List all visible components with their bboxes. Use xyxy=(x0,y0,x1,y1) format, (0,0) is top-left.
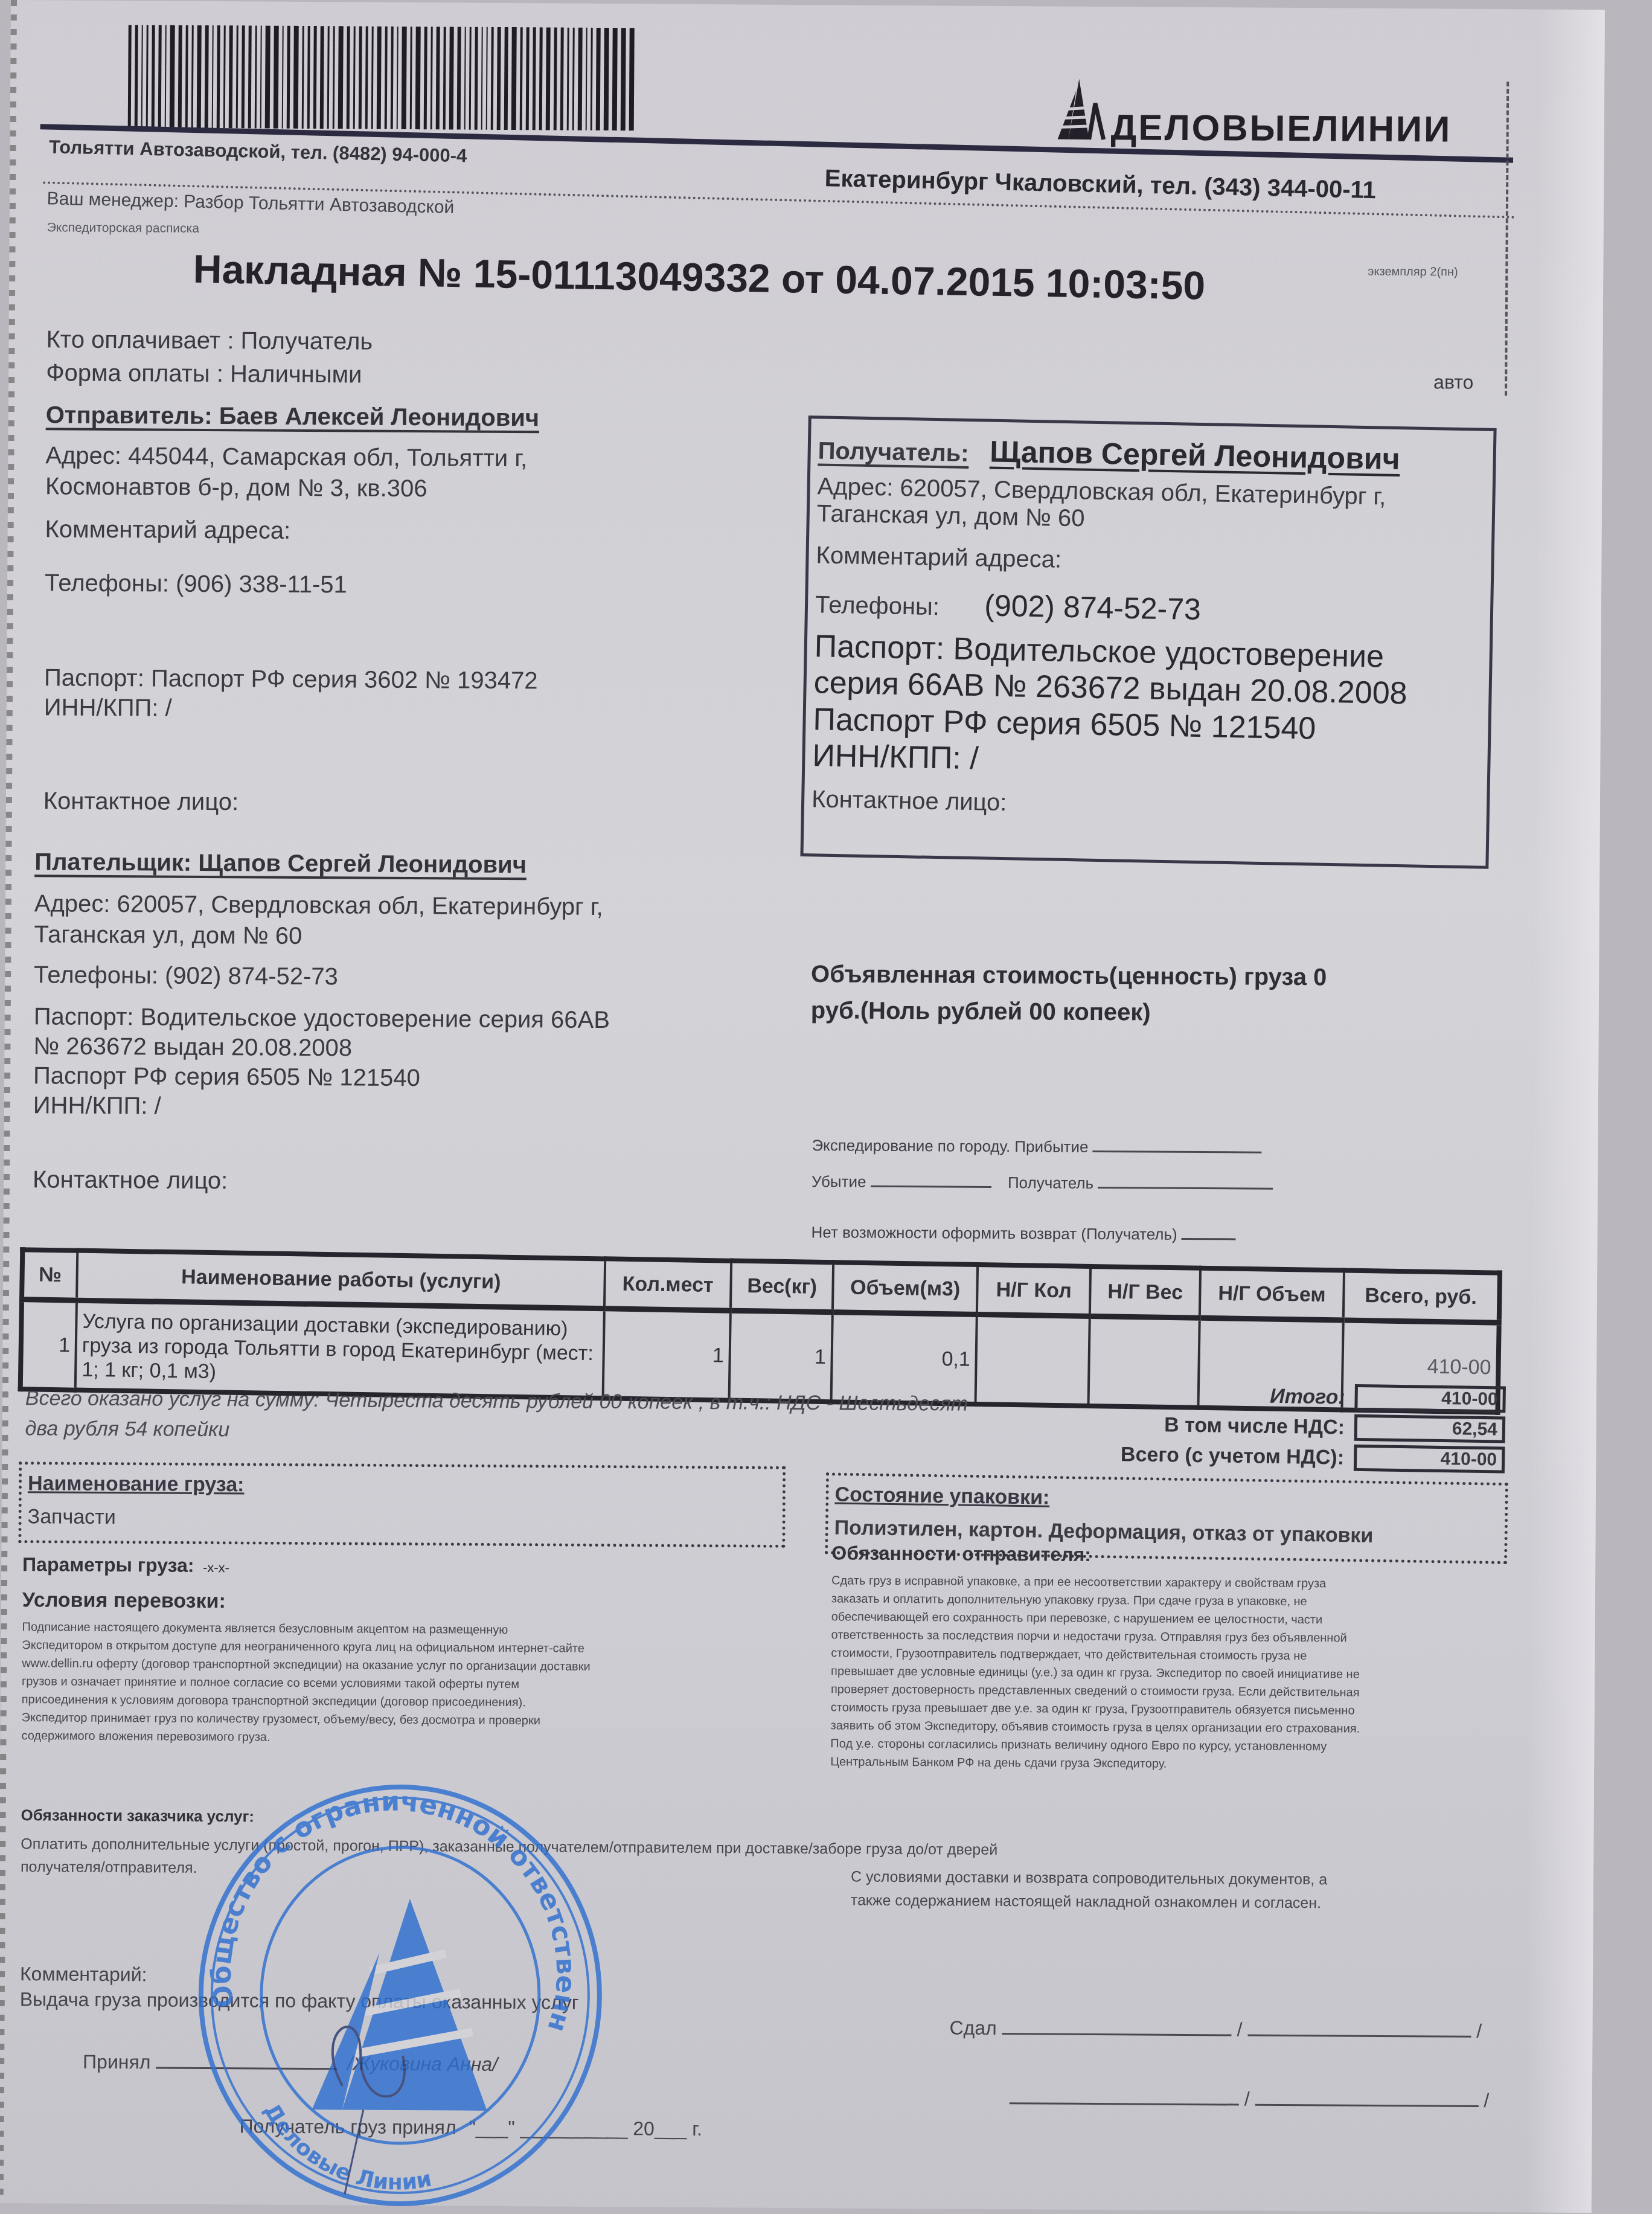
sender-passport: Паспорт: Паспорт РФ серия 3602 № 193472 xyxy=(44,664,538,695)
barcode-bar xyxy=(170,25,175,128)
barcode-bar xyxy=(287,26,290,129)
barcode-bar xyxy=(205,25,209,128)
perforation-edge xyxy=(0,0,17,2203)
expedition-recipient-label: Получатель xyxy=(1008,1173,1093,1192)
packaging-label: Состояние упаковки: xyxy=(834,1483,1499,1516)
barcode-bar xyxy=(457,27,461,130)
subtotal-value: 410-00 xyxy=(1354,1384,1506,1413)
recipient-phones: (902) 874-52-73 xyxy=(984,588,1202,626)
barcode-bar xyxy=(338,26,344,129)
pyramid-logo-icon xyxy=(1052,79,1107,146)
row-no: 1 xyxy=(21,1300,77,1390)
barcode-bar xyxy=(128,25,132,127)
barcode-bar xyxy=(371,27,374,129)
col-total: Всего, руб. xyxy=(1343,1271,1500,1323)
barcode-bar xyxy=(347,26,350,129)
expedition-recipient-field[interactable] xyxy=(1098,1171,1273,1190)
cargo-params: Параметры груза: -x-x- xyxy=(22,1553,229,1577)
handed-label: Сдал xyxy=(949,2017,996,2039)
recipient-name: Щапов Сергей Леонидович xyxy=(990,435,1401,476)
sender-address-1: Адрес: 445044, Самарская обл, Тольятти г… xyxy=(45,442,539,472)
company-stamp-icon: Общество с ограниченной ответственностью… xyxy=(161,1771,634,2203)
origin-branch: Тольятти Автозаводской, тел. (8482) 94-0… xyxy=(49,136,467,167)
payer-block: Плательщик: Щапов Сергей Леонидович Адре… xyxy=(33,849,611,1197)
barcode-bar xyxy=(185,25,188,128)
subtotal-label: Итого: xyxy=(1270,1384,1345,1409)
sender-address-2: Космонавтов б-р, дом № 3, кв.306 xyxy=(45,473,539,503)
barcode-bar xyxy=(586,28,587,130)
receipt-label: Экспедиторская расписка xyxy=(47,220,199,236)
conditions-line: содержимого вложения перевозимого груза. xyxy=(21,1727,788,1750)
agreement-line-2: также содержанием настоящей накладной оз… xyxy=(851,1888,1327,1915)
declared-value-line-2: руб.(Ноль рублей 00 копеек) xyxy=(811,992,1327,1032)
payer-passport-1: Паспорт: Водительское удостоверение сери… xyxy=(34,1003,610,1034)
barcode-bar xyxy=(436,27,440,129)
col-places: Кол.мест xyxy=(604,1259,731,1311)
payer-phones: Телефоны: (902) 874-52-73 xyxy=(34,961,610,992)
sender-duties-text: Сдать груз в исправной упаковке, а при е… xyxy=(830,1571,1496,1775)
payer-contact: Контактное лицо: xyxy=(33,1166,609,1197)
barcode-bar xyxy=(533,27,536,130)
barcode-bar xyxy=(596,28,601,130)
barcode-bar xyxy=(578,28,583,130)
col-weight: Вес(кг) xyxy=(731,1261,833,1312)
payer-inn-kpp: ИНН/КПП: / xyxy=(33,1092,610,1123)
barcode-bar xyxy=(410,27,412,129)
barcode-bar xyxy=(391,27,394,129)
waybill-title: Накладная № 15-01113049332 от 04.07.2015… xyxy=(193,246,1205,309)
barcode-bar xyxy=(353,26,356,129)
barcode-bar xyxy=(359,27,362,129)
col-service-name: Наименование работы (услуги) xyxy=(77,1251,605,1309)
cargo-params-value: -x-x- xyxy=(203,1560,229,1575)
barcode-bar xyxy=(302,26,304,129)
recipient-address-comment: Комментарий адреса: xyxy=(816,542,1484,581)
barcode-bar xyxy=(604,28,609,130)
barcode-bar xyxy=(481,27,483,130)
no-return: Нет возможности оформить возврат (Получа… xyxy=(811,1220,1236,1244)
barcode-bar xyxy=(402,27,407,129)
barcode-bar xyxy=(307,26,310,129)
no-return-field[interactable] xyxy=(1182,1222,1236,1240)
sender-address-comment: Комментарий адреса: xyxy=(45,516,539,546)
barcode-bar xyxy=(511,27,517,130)
barcode-bar xyxy=(475,27,478,130)
handed-name-field[interactable] xyxy=(1247,2019,1471,2038)
waybill-sheet: ДЕЛОВЫЕЛИНИИ Тольятти Автозаводской, тел… xyxy=(0,0,1605,2203)
barcode-bar xyxy=(141,25,143,127)
barcode-bar xyxy=(526,27,530,130)
cargo-params-label: Параметры груза: xyxy=(22,1553,194,1576)
barcode-bar xyxy=(212,25,214,128)
manager-line: Ваш менеджер: Разбор Тольятти Автозаводс… xyxy=(46,188,454,218)
recipient-label: Получатель: xyxy=(818,437,969,467)
recipient-contact: Контактное лицо: xyxy=(812,786,1480,826)
col-volume: Объем(м3) xyxy=(833,1262,978,1314)
totals-block: Итого: 410-00 В том числе НДС: 62,54 Все… xyxy=(991,1377,1506,1475)
barcode-bar xyxy=(491,27,494,130)
barcode-bar xyxy=(365,27,368,129)
cut-line xyxy=(1505,82,1509,396)
agreement-line-1: С условиями доставки и возврата сопровод… xyxy=(851,1866,1327,1892)
barcode-bar xyxy=(248,25,252,128)
payment-form: Форма оплаты : Наличными xyxy=(46,359,362,388)
barcode-bar xyxy=(449,27,454,129)
barcode-bar xyxy=(612,28,618,130)
transport-mode: авто xyxy=(1433,371,1473,393)
logo-text: ДЕЛОВЫЕЛИНИИ xyxy=(1111,109,1452,147)
stamp-center-text: Деловые Линии xyxy=(258,2099,435,2195)
cargo-name-value: Запчасти xyxy=(28,1505,776,1533)
barcode-bar xyxy=(197,25,202,128)
who-pays: Кто оплачивает : Получатель xyxy=(46,326,373,355)
col-no: № xyxy=(22,1250,77,1300)
recipient-phones-label: Телефоны: xyxy=(815,591,940,620)
sender-duties: Обязанности отправителя: Сдать груз в ис… xyxy=(830,1542,1496,1775)
barcode-bar xyxy=(621,28,626,130)
sender-phones: Телефоны: (906) 338-11-51 xyxy=(45,570,539,600)
destination-branch: Екатеринбург Чкаловский, тел. (343) 344-… xyxy=(824,165,1376,204)
copy-label: экземпляр 2(пн) xyxy=(1368,265,1458,280)
vat-label: В том числе НДС: xyxy=(1164,1413,1345,1439)
barcode-bar xyxy=(152,25,155,127)
barcode-bar xyxy=(265,26,271,129)
expedition-arrival-label: Экспедирование по городу. Прибытие xyxy=(812,1136,1088,1156)
barcode-bar xyxy=(469,27,472,130)
company-logo: ДЕЛОВЫЕЛИНИИ xyxy=(1052,79,1452,148)
barcode-bar xyxy=(572,28,575,130)
sheet-glare xyxy=(1525,9,1605,2203)
barcode-bar xyxy=(236,25,239,128)
sender-duties-heading: Обязанности отправителя: xyxy=(831,1542,1496,1568)
barcode-bar xyxy=(554,27,557,130)
second-signature-field[interactable] xyxy=(1010,2087,1239,2105)
cargo-name-box: Наименование груза: Запчасти xyxy=(18,1462,786,1548)
barcode-bar xyxy=(415,27,421,129)
payer-passport-2: № 263672 выдан 20.08.2008 xyxy=(33,1033,610,1064)
second-signature-row: / / xyxy=(1010,2087,1490,2112)
expedition-departure-field[interactable] xyxy=(871,1170,991,1188)
col-ng-qty: Н/Г Кол xyxy=(977,1265,1090,1316)
barcode-bar xyxy=(377,27,382,129)
barcode-bar xyxy=(165,25,167,128)
barcode-bar xyxy=(146,25,149,127)
barcode-bar xyxy=(333,26,335,129)
barcode-bar xyxy=(397,27,399,129)
grand-total-value: 410-00 xyxy=(1354,1445,1505,1474)
barcode xyxy=(128,25,738,131)
barcode-bar xyxy=(431,27,433,129)
barcode-bar xyxy=(260,26,262,129)
barcode-bar xyxy=(327,26,330,129)
payer-address-2: Таганская ул, дом № 60 xyxy=(34,921,610,952)
conditions-heading: Условия перевозки: xyxy=(22,1588,789,1617)
svg-text:Общество с ограниченной ответс: Общество с ограниченной ответственностью xyxy=(161,1771,583,2036)
barcode-bar xyxy=(223,25,226,128)
barcode-bar xyxy=(385,27,388,129)
barcode-bar xyxy=(158,25,162,127)
expedition-departure-label: Убытие xyxy=(812,1172,866,1191)
barcode-bar xyxy=(504,27,508,130)
barcode-bar xyxy=(591,28,593,130)
expedition-arrival: Экспедирование по городу. Прибытие xyxy=(812,1133,1262,1158)
barcode-bar xyxy=(424,27,427,129)
sender-duties-line: Центральным Банком РФ на день сдачи груз… xyxy=(830,1753,1494,1775)
cargo-name-label: Наименование груза: xyxy=(28,1472,776,1500)
barcode-bar xyxy=(313,26,317,129)
barcode-bar xyxy=(229,25,233,128)
declared-value: Объявленная стоимость(ценность) груза 0 … xyxy=(811,956,1327,1032)
second-name-field[interactable] xyxy=(1255,2088,1478,2107)
barcode-bar xyxy=(242,25,245,128)
barcode-bar xyxy=(217,25,220,128)
barcode-bar xyxy=(293,26,299,129)
col-ng-weight: Н/Г Вес xyxy=(1090,1266,1200,1318)
barcode-bar xyxy=(560,28,564,130)
barcode-bar xyxy=(629,28,635,130)
no-return-label: Нет возможности оформить возврат (Получа… xyxy=(811,1223,1177,1243)
payer-address-1: Адрес: 620057, Свердловская обл, Екатери… xyxy=(34,890,611,921)
sender-contact: Контактное лицо: xyxy=(43,788,537,818)
barcode-bar xyxy=(567,28,569,130)
handed-signature-field[interactable] xyxy=(1002,2017,1232,2036)
barcode-bar xyxy=(486,27,488,130)
sum-in-words: Всего оказано услуг на сумму: Четыреста … xyxy=(25,1383,1004,1450)
sender-inn-kpp: ИНН/КПП: / xyxy=(44,694,538,724)
barcode-bar xyxy=(320,26,324,129)
expedition-departure: Убытие Получатель xyxy=(812,1169,1273,1194)
sender-block: Отправитель: Баев Алексей Леонидович Адр… xyxy=(43,402,540,818)
stamp-top-text: Общество с ограниченной ответственностью xyxy=(161,1771,583,2036)
barcode-bar xyxy=(520,27,523,130)
payer-passport-3: Паспорт РФ серия 6505 № 121540 xyxy=(33,1062,610,1093)
comment-label: Комментарий: xyxy=(20,1963,147,1986)
accepted-label: Принял xyxy=(83,2051,151,2073)
barcode-bar xyxy=(497,27,501,130)
barcode-bar xyxy=(464,27,466,130)
barcode-bar xyxy=(546,27,551,130)
barcode-bar xyxy=(255,25,257,128)
barcode-bar xyxy=(191,25,194,128)
agreement-text: С условиями доставки и возврата сопровод… xyxy=(851,1866,1328,1915)
grand-total-label: Всего (с учетом НДС): xyxy=(1121,1443,1345,1469)
expedition-arrival-field[interactable] xyxy=(1093,1135,1262,1154)
svg-text:Деловые Линии: Деловые Линии xyxy=(258,2099,435,2195)
col-ng-volume: Н/Г Объем xyxy=(1200,1268,1343,1320)
handed-row: Сдал / / xyxy=(949,2017,1482,2042)
transport-conditions: Условия перевозки: Подписание настоящего… xyxy=(21,1588,789,1750)
payer-heading: Плательщик: Щапов Сергей Леонидович xyxy=(34,849,611,879)
declared-value-line-1: Объявленная стоимость(ценность) груза 0 xyxy=(811,956,1327,995)
barcode-bar xyxy=(282,26,284,129)
barcode-bar xyxy=(274,26,279,129)
conditions-text: Подписание настоящего документа является… xyxy=(21,1618,789,1750)
barcode-bar xyxy=(135,25,138,127)
barcode-bar xyxy=(178,25,182,128)
recipient-box: Получатель: Щапов Сергей Леонидович Адре… xyxy=(800,416,1496,869)
barcode-bar xyxy=(539,27,543,130)
vat-value: 62,54 xyxy=(1354,1414,1506,1443)
sender-heading: Отправитель: Баев Алексей Леонидович xyxy=(46,402,540,432)
barcode-bar xyxy=(443,27,446,129)
